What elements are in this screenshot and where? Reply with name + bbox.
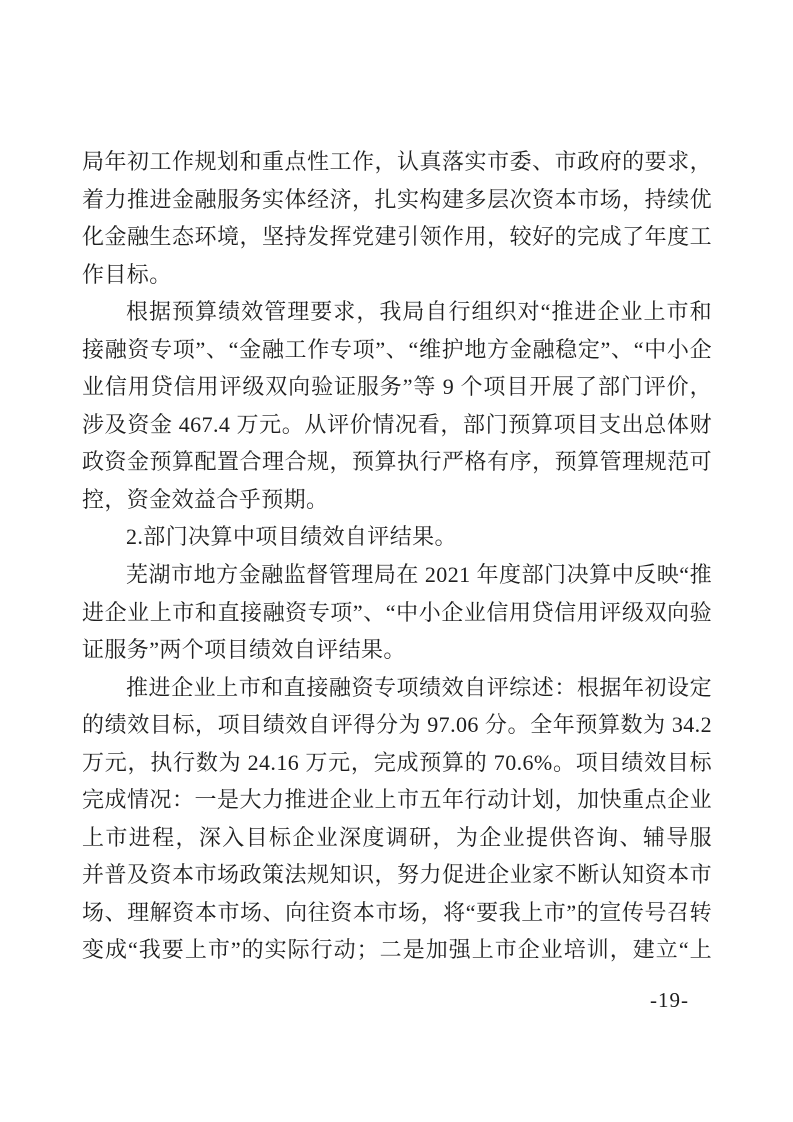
text-line: 场、理解资本市场、向往资本市场，将“要我上市”的宣传号召转 bbox=[82, 894, 712, 932]
paragraph-department-evaluation: 根据预算绩效管理要求，我局自行组织对“推进企业上市和直 接融资专项”、“金融工作… bbox=[82, 293, 712, 518]
text-line: 涉及资金 467.4 万元。从评价情况看，部门预算项目支出总体财 bbox=[82, 406, 712, 444]
text-line: 化金融生态环境，坚持发挥党建引领作用，较好的完成了年度工 bbox=[82, 218, 712, 256]
paragraph-continuation: 局年初工作规划和重点性工作，认真落实市委、市政府的要求， 着力推进金融服务实体经… bbox=[82, 143, 712, 293]
text-line: 推进企业上市和直接融资专项绩效自评综述：根据年初设定 bbox=[82, 669, 712, 707]
text-line: 并普及资本市场政策法规知识，努力促进企业家不断认知资本市 bbox=[82, 856, 712, 894]
text-line: 上市进程，深入目标企业深度调研，为企业提供咨询、辅导服务， bbox=[82, 819, 712, 857]
text-line: 芜湖市地方金融监督管理局在 2021 年度部门决算中反映“推 bbox=[82, 556, 712, 594]
page-number: -19- bbox=[650, 988, 689, 1013]
text-line: 完成情况：一是大力推进企业上市五年行动计划，加快重点企业 bbox=[82, 781, 712, 819]
text-line: 证服务”两个项目绩效自评结果。 bbox=[82, 631, 712, 669]
text-line: 业信用贷信用评级双向验证服务”等 9 个项目开展了部门评价，共 bbox=[82, 368, 712, 406]
text-line: 政资金预算配置合理合规，预算执行严格有序，预算管理规范可 bbox=[82, 443, 712, 481]
text-line: 着力推进金融服务实体经济，扎实构建多层次资本市场，持续优 bbox=[82, 181, 712, 219]
text-line: 接融资专项”、“金融工作专项”、“维护地方金融稳定”、“中小企 bbox=[82, 331, 712, 369]
section-heading-line: 2.部门决算中项目绩效自评结果。 bbox=[82, 518, 712, 556]
document-page: 局年初工作规划和重点性工作，认真落实市委、市政府的要求， 着力推进金融服务实体经… bbox=[0, 0, 793, 1122]
text-line: 的绩效目标，项目绩效自评得分为 97.06 分。全年预算数为 34.2 bbox=[82, 706, 712, 744]
text-line: 进企业上市和直接融资专项”、“中小企业信用贷信用评级双向验 bbox=[82, 594, 712, 632]
text-line: 变成“我要上市”的实际行动；二是加强上市企业培训，建立“上市 bbox=[82, 931, 712, 969]
paragraph-self-evaluation-summary: 推进企业上市和直接融资专项绩效自评综述：根据年初设定 的绩效目标，项目绩效自评得… bbox=[82, 669, 712, 969]
paragraph-final-accounts: 芜湖市地方金融监督管理局在 2021 年度部门决算中反映“推 进企业上市和直接融… bbox=[82, 556, 712, 669]
document-body: 局年初工作规划和重点性工作，认真落实市委、市政府的要求， 着力推进金融服务实体经… bbox=[82, 143, 712, 969]
text-line: 万元，执行数为 24.16 万元，完成预算的 70.6%。项目绩效目标 bbox=[82, 744, 712, 782]
text-line: 根据预算绩效管理要求，我局自行组织对“推进企业上市和直 bbox=[82, 293, 712, 331]
text-line: 控，资金效益合乎预期。 bbox=[82, 481, 712, 519]
text-line: 作目标。 bbox=[82, 256, 712, 294]
text-line: 局年初工作规划和重点性工作，认真落实市委、市政府的要求， bbox=[82, 143, 712, 181]
paragraph-section-heading: 2.部门决算中项目绩效自评结果。 bbox=[82, 518, 712, 556]
